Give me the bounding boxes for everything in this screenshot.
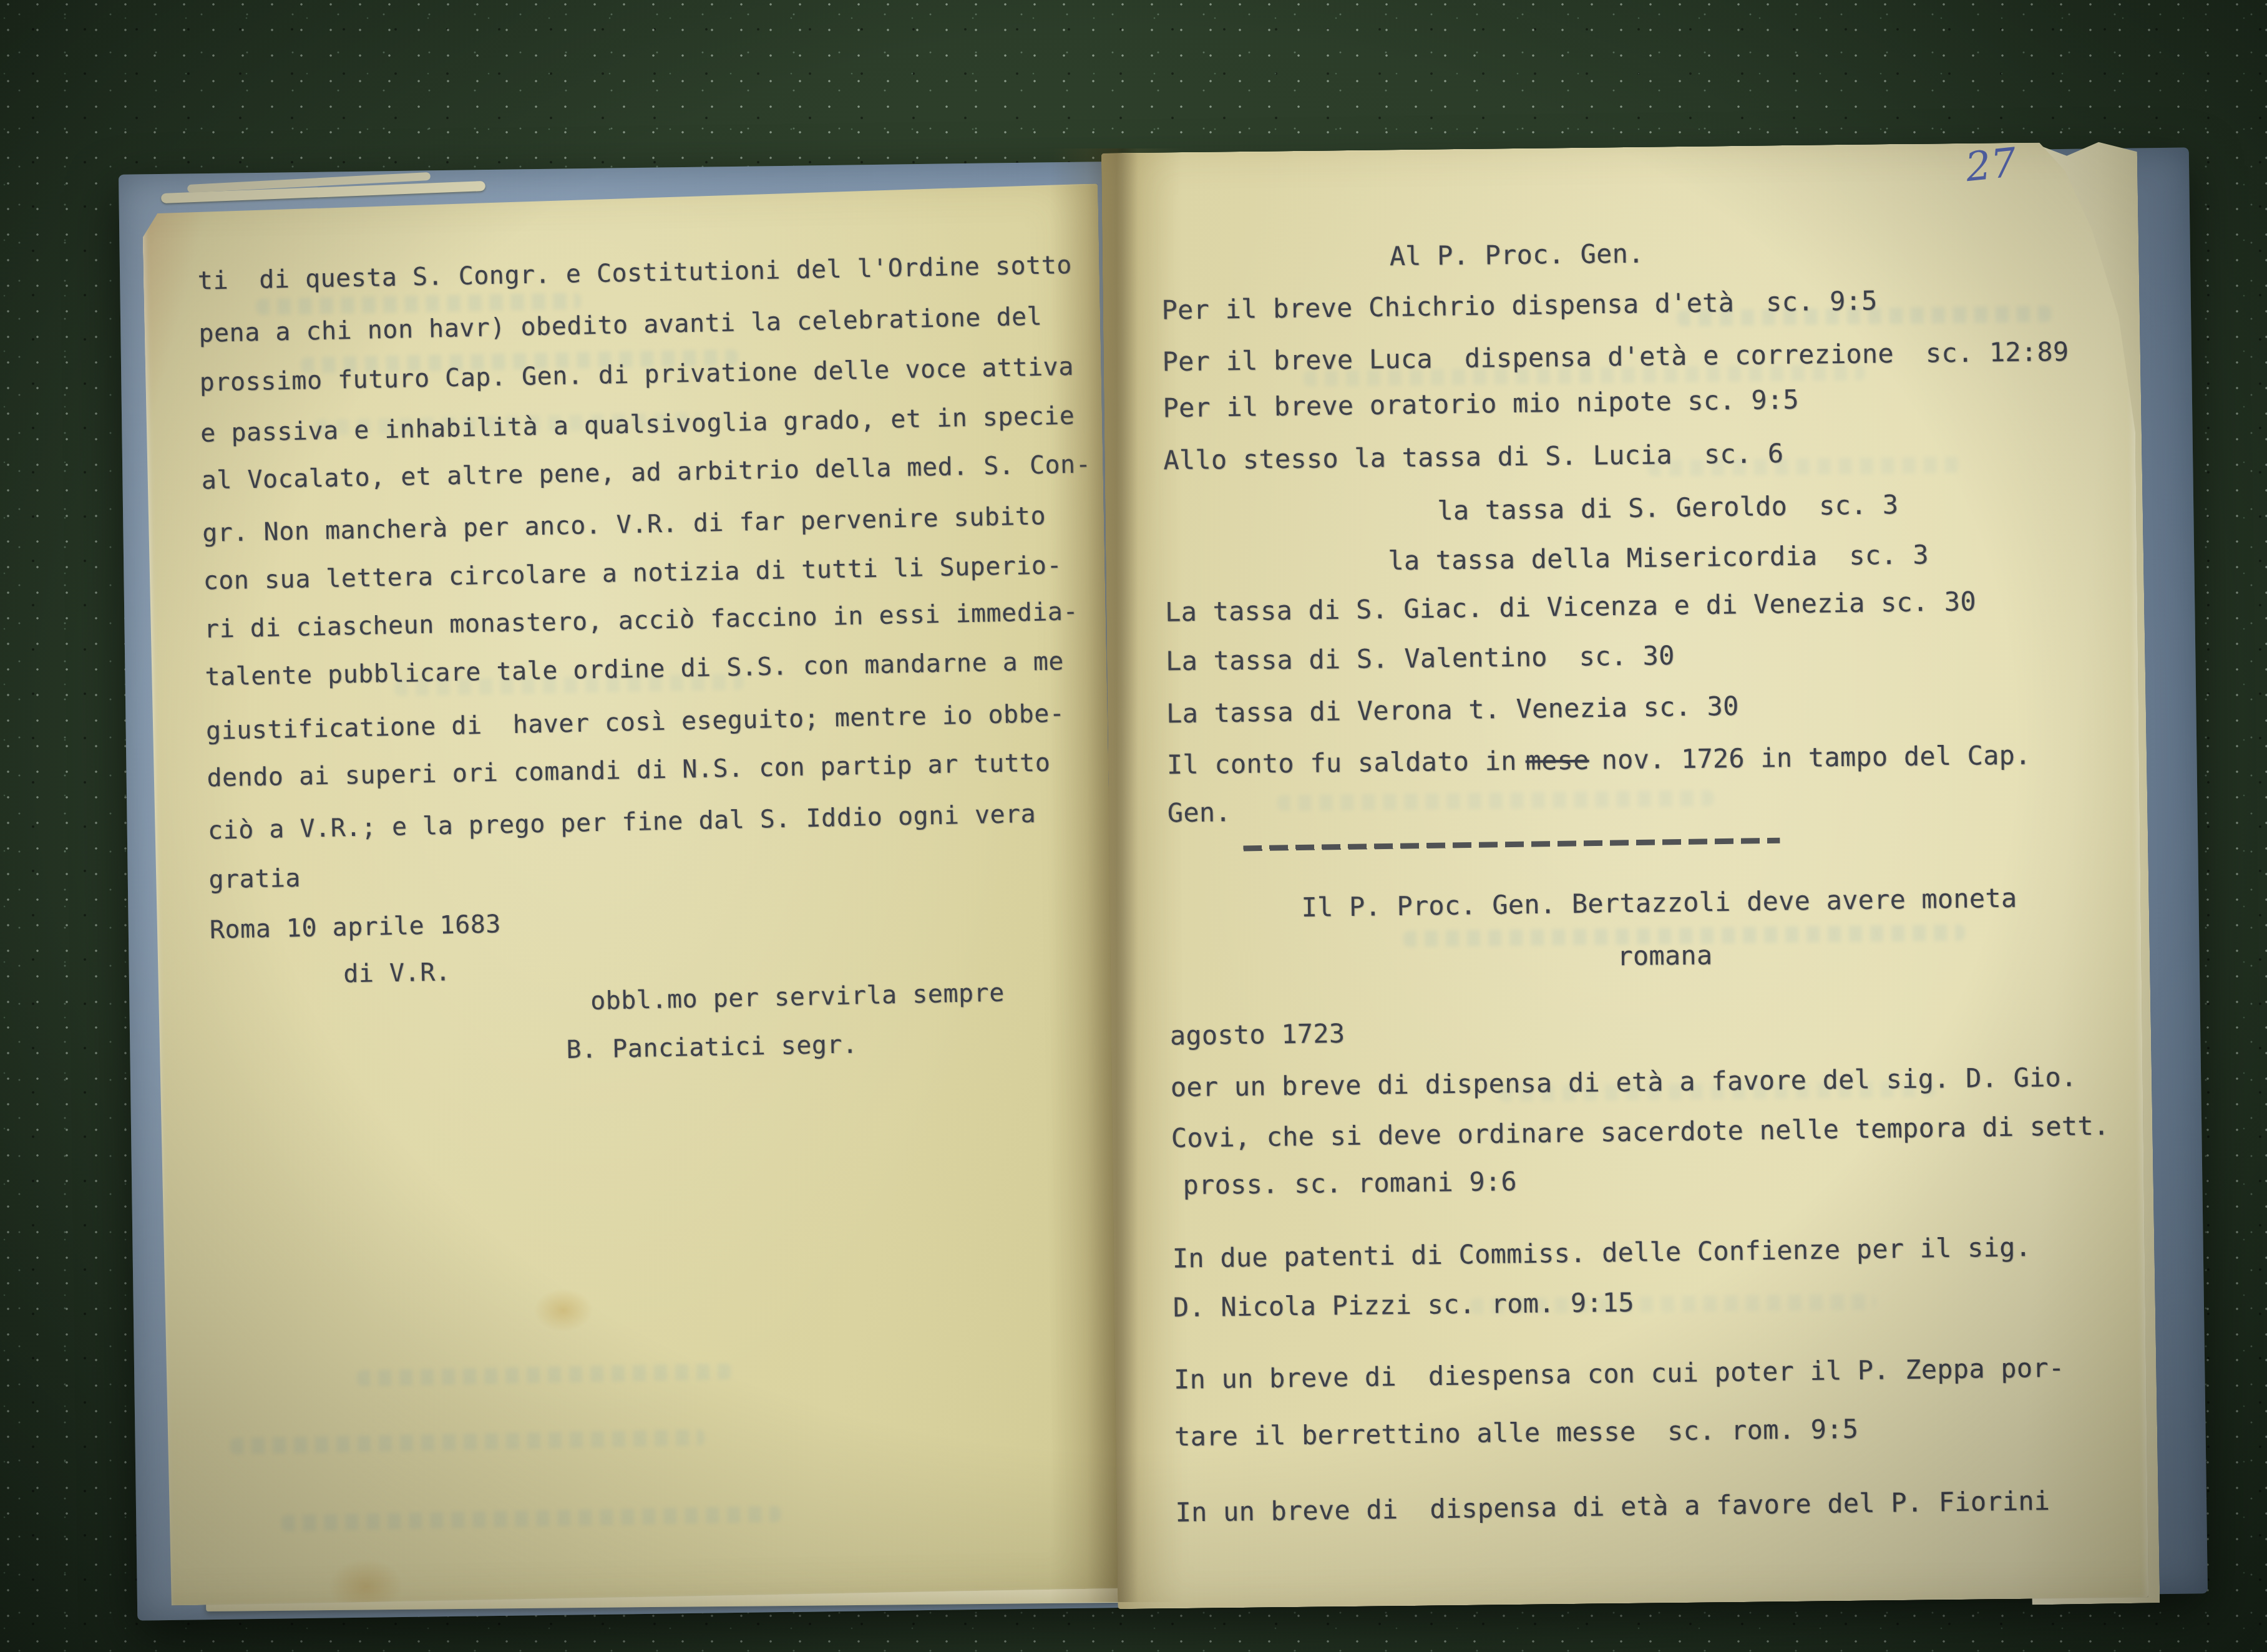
- signature-line: B. Panciatici segr.: [566, 1030, 858, 1064]
- typed-line: al Vocalato, et altre pene, ad arbitrio …: [201, 450, 1091, 495]
- typed-line: gr. Non mancherà per anco. V.R. di far p…: [202, 502, 1046, 548]
- section-heading: Al P. Proc. Gen.: [1389, 238, 1644, 272]
- typed-line: dendo ai superi ori comandi di N.S. con …: [207, 749, 1051, 793]
- typed-dashed-divider: [1243, 838, 1780, 852]
- typed-line: In due patenti di Commiss. delle Confien…: [1173, 1232, 2032, 1273]
- typed-line: tare il berrettino alle messe sc. rom. 9…: [1174, 1414, 1858, 1452]
- ink-bleedthrough: [230, 1429, 704, 1454]
- typed-line: In un breve di dispensa di età a favore …: [1175, 1485, 2050, 1528]
- typed-line: ri di ciascheun monastero, acciò faccino…: [204, 597, 1079, 644]
- typed-line: gratia: [208, 864, 301, 895]
- typed-line: La tassa di Verona t. Venezia sc. 30: [1166, 691, 1739, 729]
- ink-bleedthrough: [1277, 790, 1714, 811]
- section-heading: romana: [1617, 940, 1712, 971]
- typed-line: oer un breve di dispensa di età a favore…: [1171, 1062, 2077, 1102]
- typed-line: la tassa di S. Geroldo sc. 3: [1437, 489, 1899, 526]
- struck-word: mese: [1525, 745, 1589, 776]
- typed-line: In un breve di diespensa con cui poter i…: [1174, 1353, 2065, 1395]
- typed-line: La tassa di S. Valentino sc. 30: [1166, 640, 1675, 676]
- date-line: agosto 1723: [1170, 1018, 1345, 1051]
- page-number: 27: [1963, 140, 2019, 191]
- settlement-text: nov. 1726 in tampo del Cap.: [1601, 740, 2031, 775]
- ink-bleedthrough: [281, 1506, 781, 1532]
- typed-line: D. Nicola Pizzi sc. rom. 9:15: [1173, 1287, 1635, 1323]
- ink-bleedthrough: [357, 1363, 731, 1386]
- typed-line: ciò a V.R.; e la prego per fine dal S. I…: [208, 800, 1036, 845]
- typed-line: la tassa della Misericordia sc. 3: [1388, 539, 1929, 576]
- typed-line: pross. sc. romani 9:6: [1182, 1166, 1517, 1200]
- typed-line: La tassa di S. Giac. di Vicenza e di Ven…: [1165, 586, 1976, 627]
- settlement-line: Il conto fu saldato inmesenov. 1726 in t…: [1167, 740, 2031, 780]
- typed-line: e passiva e inhabilità a qualsivoglia gr…: [200, 401, 1075, 448]
- settlement-text: Il conto fu saldato in: [1167, 746, 1517, 780]
- typed-line: Per il breve oratorio mio nipote sc. 9:5: [1163, 384, 1799, 424]
- page-stain: [534, 1288, 593, 1333]
- left-page: ti di questa S. Congr. e Costitutioni de…: [142, 183, 1123, 1606]
- signature-line: obbl.mo per servirla sempre: [590, 978, 1005, 1016]
- section-heading: Il P. Proc. Gen. Bertazzoli deve avere m…: [1301, 883, 2017, 923]
- typed-line: con sua lettera circolare a notizia di t…: [203, 551, 1062, 595]
- ink-bleedthrough: [256, 293, 580, 315]
- photo-background: ti di questa S. Congr. e Costitutioni de…: [0, 0, 2267, 1652]
- typed-line: giustificatione di haver così eseguito; …: [206, 699, 1065, 746]
- closing-line: di V.R.: [343, 958, 451, 988]
- typed-line: Roma 10 aprile 1683: [209, 910, 501, 945]
- typed-line: Per il breve Luca dispensa d'età e corre…: [1162, 336, 2069, 377]
- right-page: Al P. Proc. Gen. Per il breve Chichrio d…: [1101, 142, 2148, 1610]
- typed-line: Covi, che si deve ordinare sacerdote nel…: [1171, 1110, 2109, 1154]
- typed-line: ti di questa S. Congr. e Costitutioni de…: [197, 251, 1072, 296]
- settlement-continuation: Gen.: [1167, 797, 1231, 828]
